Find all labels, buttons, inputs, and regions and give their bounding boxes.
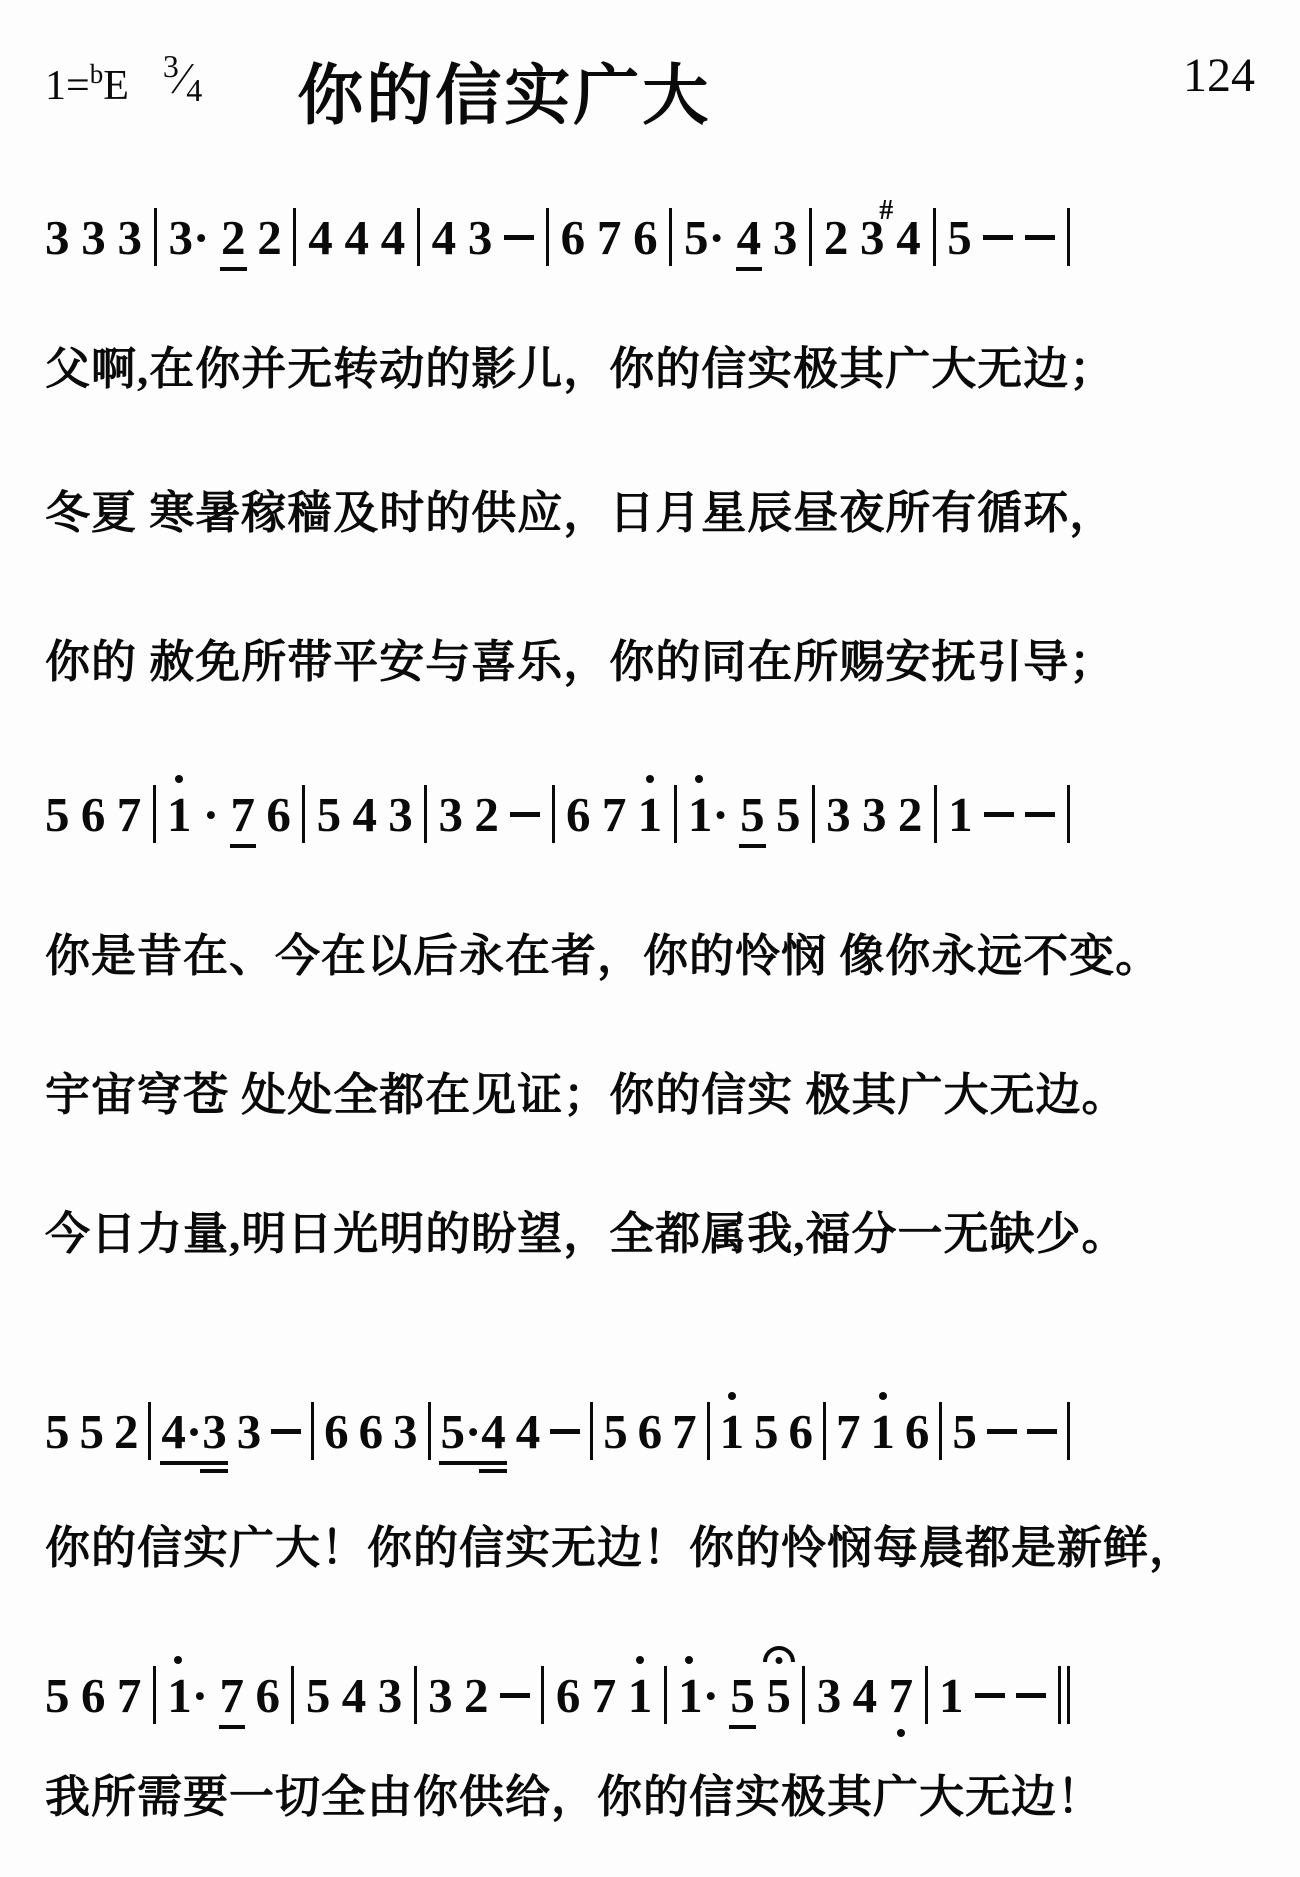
note: 5: [947, 213, 972, 262]
barline: [417, 208, 420, 266]
dash-note: [984, 812, 1014, 817]
barline: [933, 208, 936, 266]
octave-dot-above-icon: [695, 775, 703, 783]
sharp-note: 4#: [896, 213, 921, 262]
fermata-dot-icon: [775, 1657, 782, 1664]
note: 3: [862, 790, 887, 839]
note: 1: [720, 1407, 745, 1456]
note: 4: [853, 1671, 878, 1720]
lyric-line-5: 宇宙穹苍 处处全都在见证；你的信实 极其广大无边。: [45, 1068, 1255, 1122]
key-signature: 1=bE: [45, 56, 129, 116]
eighth-underline: [439, 1461, 506, 1465]
note: 2: [474, 790, 499, 839]
note: 3: [826, 790, 851, 839]
barline: [414, 1666, 417, 1724]
note: 3: [388, 790, 413, 839]
barline: [541, 1666, 544, 1724]
note: 5·: [684, 213, 725, 262]
note: 7: [672, 1407, 697, 1456]
note: 1: [870, 1407, 895, 1456]
note: 5·4: [440, 1407, 505, 1456]
note: 6: [556, 1671, 581, 1720]
barline: [302, 785, 305, 843]
time-denominator: 4: [186, 72, 202, 108]
note: 3: [439, 790, 464, 839]
note: 1: [167, 790, 192, 839]
note: 3: [45, 213, 70, 262]
barline: [1067, 1402, 1070, 1460]
dash-note: [983, 235, 1013, 240]
eighth-underline: [736, 267, 763, 271]
notation-line-3: 5524·336635·445671567165: [45, 1396, 1070, 1466]
note: 6: [81, 790, 106, 839]
note: 2: [898, 790, 923, 839]
note: 5: [79, 1407, 104, 1456]
note: 4: [344, 213, 369, 262]
barline: [291, 1666, 294, 1724]
note: 3: [378, 1671, 403, 1720]
lyric-line-7: 你的信实广大！你的信实无边！你的怜悯每晨都是新鲜，: [45, 1521, 1255, 1575]
octave-dot-below-icon: [897, 1729, 905, 1737]
dash-note: [1025, 812, 1055, 817]
note: 5: [952, 1407, 977, 1456]
note: 4: [342, 1671, 367, 1720]
note: 7: [592, 1671, 617, 1720]
note: 5: [776, 790, 801, 839]
time-signature: 3⁄4: [163, 48, 202, 109]
note: 1: [628, 1671, 653, 1720]
note: 2: [464, 1671, 489, 1720]
note: 2: [114, 1407, 139, 1456]
barline: [148, 1402, 151, 1460]
dash-note: [975, 1693, 1005, 1698]
sixteenth-underline: [479, 1469, 506, 1473]
eighth-underline: [729, 1725, 756, 1729]
note: 3: [428, 1671, 453, 1720]
lyric-line-3: 你的 赦免所带平安与喜乐，你的同在所赐安抚引导；: [45, 635, 1255, 689]
note: 6: [359, 1407, 384, 1456]
eighth-underline: [220, 267, 247, 271]
page-header: 1=bE 3⁄4 你的信实广大 124: [45, 42, 1255, 142]
barline: [707, 1402, 710, 1460]
sixteenth-underline: [200, 1469, 227, 1473]
dash-note: [987, 1429, 1017, 1434]
note: 5: [754, 1407, 779, 1456]
barline: [823, 1402, 826, 1460]
note: 5: [730, 1671, 755, 1720]
note: 6: [905, 1407, 930, 1456]
note: 3: [817, 1671, 842, 1720]
note: 6: [81, 1671, 106, 1720]
octave-dot-above-icon: [174, 1656, 182, 1664]
octave-dot-above-icon: [636, 1656, 644, 1664]
barline: [424, 785, 427, 843]
octave-dot-above-icon: [685, 1656, 693, 1664]
eighth-underline: [230, 844, 257, 848]
dash-note: [510, 812, 540, 817]
fermata-icon: [763, 1646, 795, 1662]
octave-dot-above-icon: [175, 775, 183, 783]
note: 4: [432, 213, 457, 262]
barline: [1067, 785, 1070, 843]
lyric-line-4: 你是昔在、今在以后永在者，你的怜悯 像你永远不变。: [45, 929, 1255, 983]
barline: [669, 208, 672, 266]
barline: [154, 208, 157, 266]
note: 7: [836, 1407, 861, 1456]
lyric-line-2: 冬夏 寒暑稼穑及时的供应，日月星辰昼夜所有循环，: [45, 486, 1255, 540]
barline: [812, 785, 815, 843]
note: 5: [317, 790, 342, 839]
note: 3·: [168, 213, 209, 262]
dash-note: [504, 235, 534, 240]
note: 7: [889, 1671, 914, 1720]
note: 3: [393, 1407, 418, 1456]
barline: [293, 208, 296, 266]
note: 7: [117, 790, 142, 839]
lyric-line-6: 今日力量,明日光明的盼望，全都属我,福分一无缺少。: [45, 1207, 1255, 1261]
note: 5: [306, 1671, 331, 1720]
notation-line-4: 5671·76543326711·553471: [45, 1660, 1070, 1730]
note: 1·: [167, 1671, 208, 1720]
barline: [934, 785, 937, 843]
note: 3: [117, 213, 142, 262]
note: 3: [81, 213, 106, 262]
note: 3: [773, 213, 798, 262]
barline: [1067, 208, 1070, 266]
note: 1·: [688, 790, 729, 839]
eighth-underline: [739, 844, 766, 848]
note: 4: [737, 213, 762, 262]
flat-accidental: b: [90, 59, 104, 89]
notation-line-2: 5671·76543326711·553321: [45, 779, 1070, 849]
barline: [925, 1666, 928, 1724]
octave-dot-above-icon: [646, 775, 654, 783]
barline: [674, 785, 677, 843]
note: 6: [255, 1671, 280, 1720]
note: 1: [638, 790, 663, 839]
note: 4: [308, 213, 333, 262]
lyric-line-8: 我所需要一切全由你供给，你的信实极其广大无边！: [45, 1770, 1255, 1824]
time-numerator: 3: [163, 48, 179, 84]
final-barline: [1058, 1666, 1070, 1724]
note: 4: [516, 1407, 541, 1456]
barline: [802, 1666, 805, 1724]
dash-note: [550, 1429, 580, 1434]
barline: [311, 1402, 314, 1460]
note: 5: [45, 1407, 70, 1456]
key-prefix: 1=: [45, 63, 90, 109]
note: 3: [468, 213, 493, 262]
key-letter: E: [103, 63, 129, 109]
dash-note: [271, 1429, 301, 1434]
note: 6: [789, 1407, 814, 1456]
barline: [153, 785, 156, 843]
dash-note: [1025, 235, 1055, 240]
note: 4·3: [161, 1407, 226, 1456]
barline: [546, 208, 549, 266]
octave-dot-above-icon: [879, 1392, 887, 1400]
note: 4: [352, 790, 377, 839]
note: 5: [45, 790, 70, 839]
note: 6: [266, 790, 291, 839]
barline: [939, 1402, 942, 1460]
barline: [428, 1402, 431, 1460]
barline: [552, 785, 555, 843]
note: 2: [257, 213, 282, 262]
eighth-underline: [160, 1461, 227, 1465]
page-number: 124: [1183, 48, 1255, 103]
barline: [153, 1666, 156, 1724]
note: 2: [824, 213, 849, 262]
note: 7: [602, 790, 627, 839]
note: 6: [638, 1407, 663, 1456]
note: ·: [203, 790, 219, 839]
note: 7: [597, 213, 622, 262]
dash-note: [1027, 1429, 1057, 1434]
dash-note: [1016, 1693, 1046, 1698]
barline: [809, 208, 812, 266]
octave-dot-above-icon: [728, 1392, 736, 1400]
note: 1: [948, 790, 973, 839]
note: 3: [237, 1407, 262, 1456]
note: 5: [740, 790, 765, 839]
lyric-line-1: 父啊,在你并无转动的影儿，你的信实极其广大无边；: [45, 342, 1255, 396]
eighth-underline: [219, 1725, 246, 1729]
note: 7: [231, 790, 256, 839]
notation-line-1: 3333·22444436765·43234#5: [45, 202, 1070, 272]
note: 6: [324, 1407, 349, 1456]
note: 6: [566, 790, 591, 839]
note: 1: [939, 1671, 964, 1720]
hymn-sheet-page: 1=bE 3⁄4 你的信实广大 124 3333·22444436765·432…: [0, 0, 1300, 1877]
note: 1·: [678, 1671, 719, 1720]
note: 5: [603, 1407, 628, 1456]
note: 6: [561, 213, 586, 262]
note: 7: [220, 1671, 245, 1720]
note: 4: [381, 213, 406, 262]
note: 2: [221, 213, 246, 262]
hymn-title: 你的信实广大: [297, 42, 711, 137]
note: 7: [117, 1671, 142, 1720]
note: 5: [45, 1671, 70, 1720]
barline: [664, 1666, 667, 1724]
sharp-icon: #: [879, 197, 893, 225]
note: 6: [633, 213, 658, 262]
barline: [590, 1402, 593, 1460]
fermata-note: 5: [766, 1671, 791, 1720]
dash-note: [500, 1693, 530, 1698]
